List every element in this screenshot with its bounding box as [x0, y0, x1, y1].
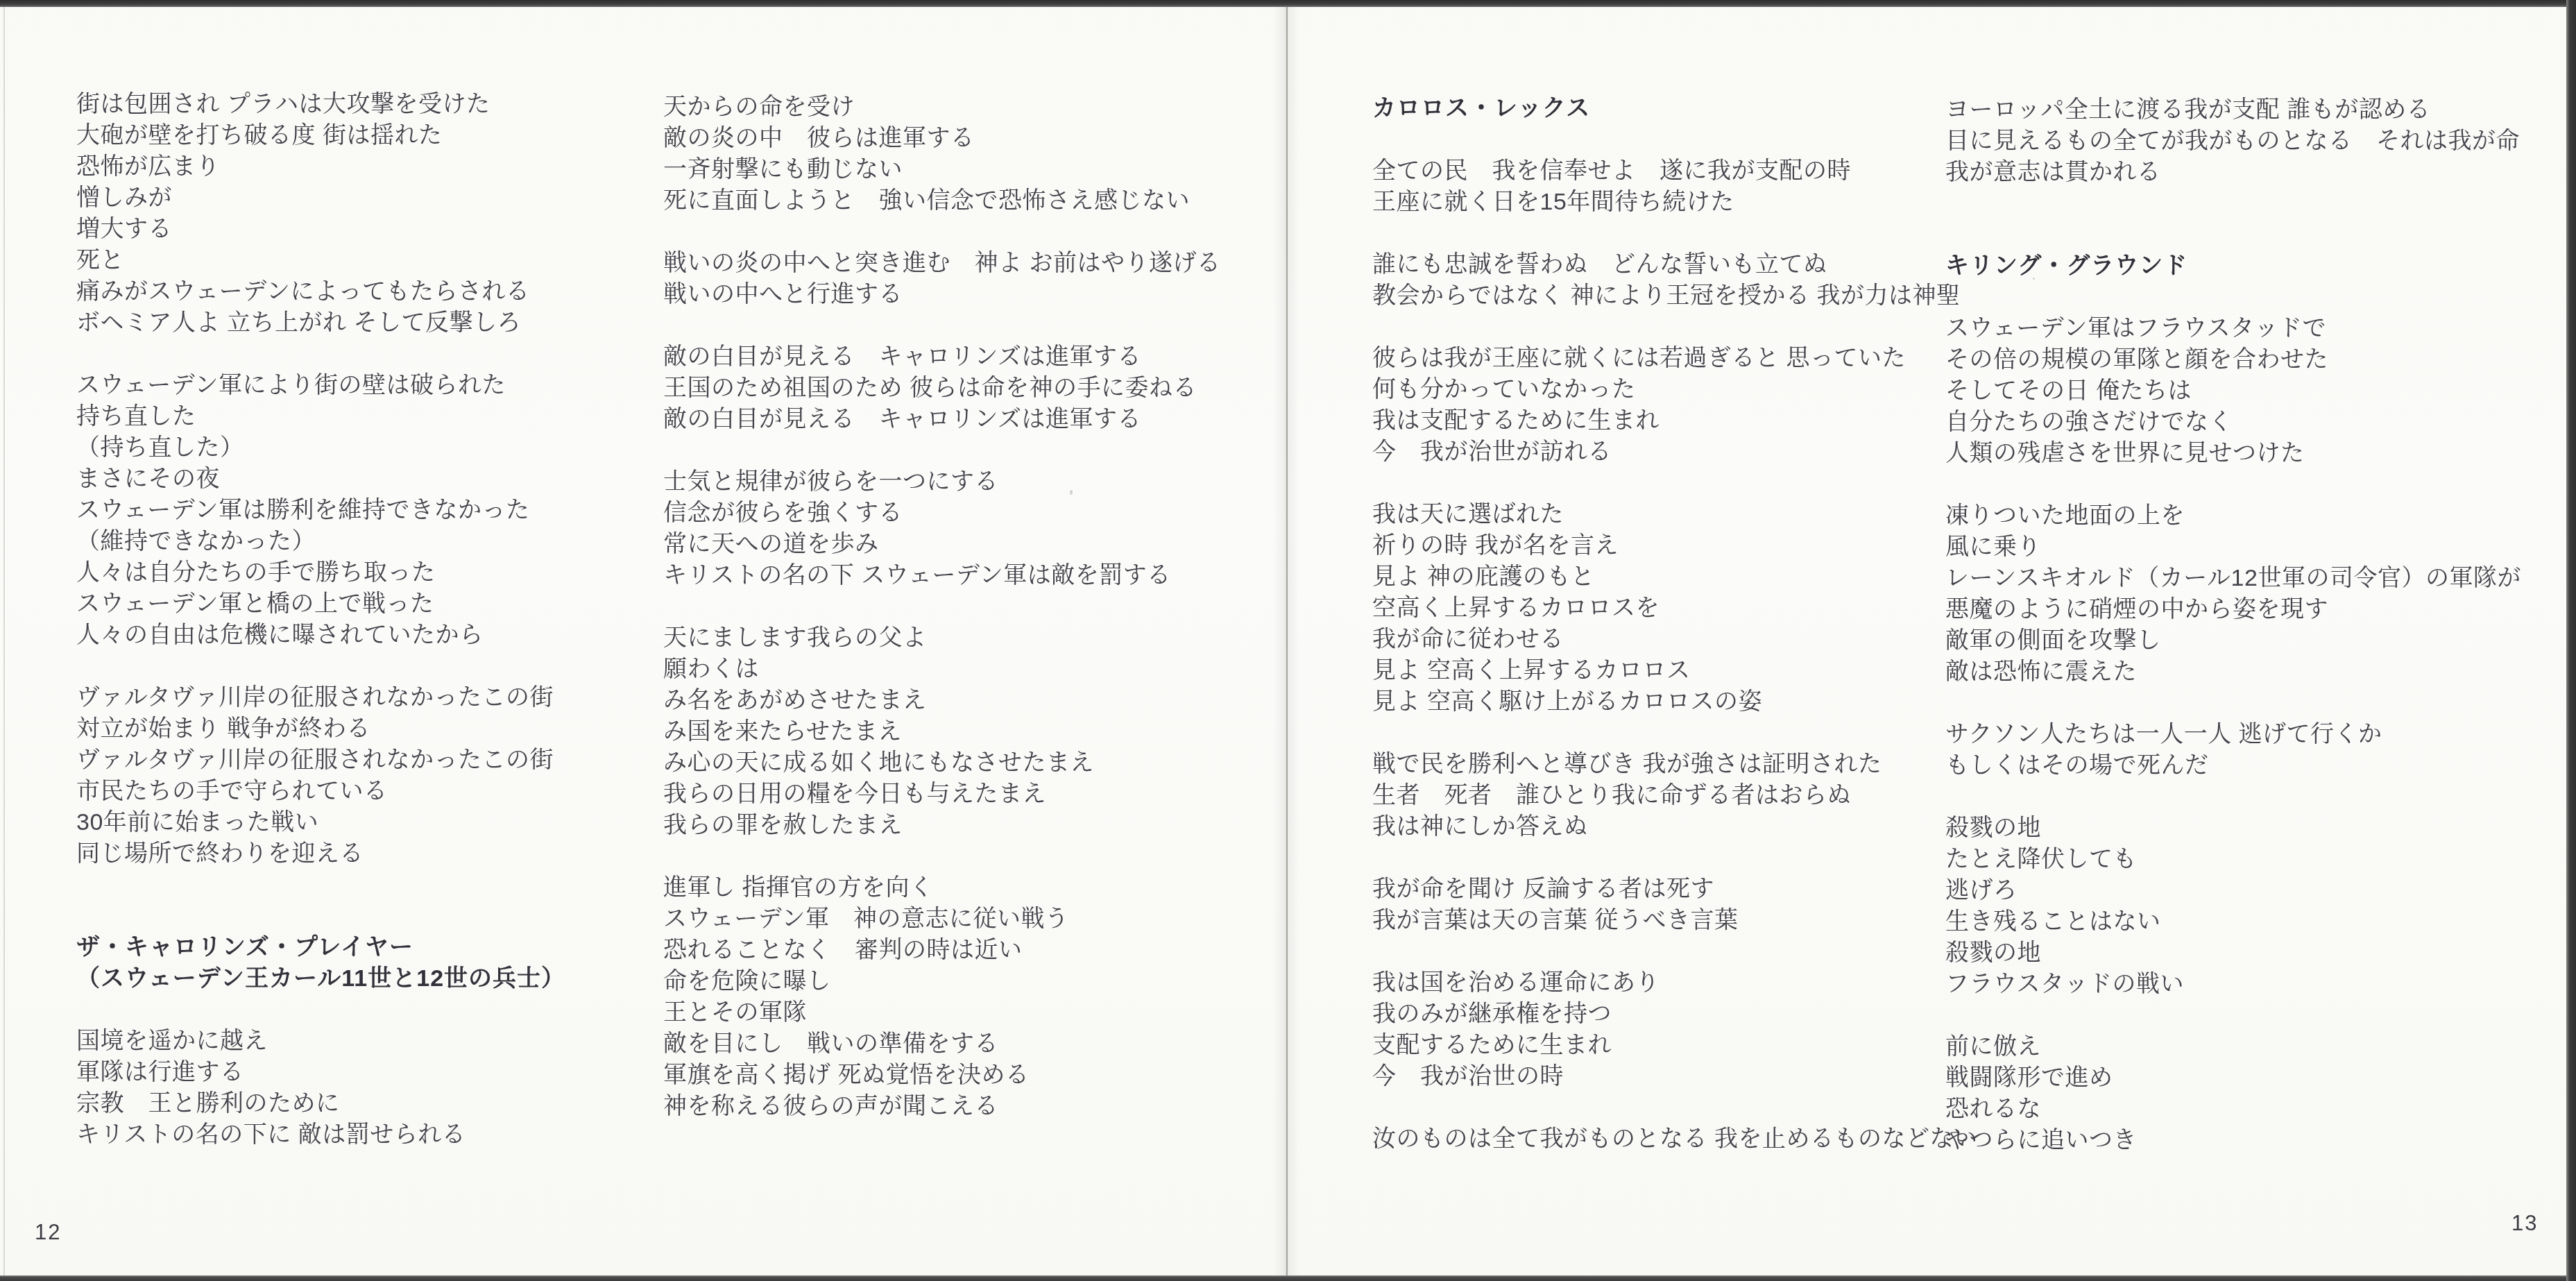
lyric-line: レーンスキオルド（カール12世軍の司令官）の軍隊が: [1945, 563, 2542, 594]
lyric-line: 軍旗を高く掲げ 死ぬ覚悟を決める: [663, 1060, 1260, 1091]
song-title-line: （スウェーデン王カール11世と12世の兵士）: [76, 963, 673, 994]
lyric-line: 軍隊は行進する: [76, 1057, 673, 1088]
lyric-line: 王とその軍隊: [663, 997, 1260, 1028]
lyric-line: 天にまします我らの父よ: [663, 622, 1260, 654]
lyric-line: 痛みがスウェーデンによってもたらされる: [76, 276, 673, 307]
lyric-line: 戦闘隊形で進め: [1945, 1062, 2542, 1094]
song-title-line: ザ・キャロリンズ・プレイヤー: [76, 932, 673, 963]
lyric-line: 天からの命を受け: [663, 92, 1260, 123]
lyric-line: 宗教 王と勝利のために: [76, 1088, 673, 1119]
lyric-line: 常に天への道を歩み: [663, 529, 1260, 560]
lyric-line: 王座に就く日を15年間待ち続けた: [1372, 187, 1969, 218]
scanned-booklet-spread: { "pages": { "left": { "number": "12" },…: [0, 0, 2576, 1281]
lyric-line: 祈りの時 我が名を言え: [1372, 530, 1969, 561]
lyric-line: 前に倣え: [1945, 1031, 2542, 1062]
lyric-line: （維持できなかった）: [76, 526, 673, 557]
lyric-line: 教会からではなく 神により王冠を授かる 我が力は神聖: [1372, 280, 1969, 312]
lyric-line: そしてその日 俺たちは: [1945, 375, 2542, 407]
lyric-line: み名をあがめさせたまえ: [663, 685, 1260, 716]
lyric-line: 我が意志は貫かれる: [1945, 157, 2542, 188]
lyric-line: フラウスタッドの戦い: [1945, 969, 2542, 1000]
lyric-stanza: 戦いの炎の中へと突き進む 神よ お前はやり遂げる戦いの中へと行進する: [663, 248, 1260, 310]
lyric-line: 敵は恐怖に震えた: [1945, 656, 2542, 688]
lyric-line: 人々の自由は危機に曝されていたから: [76, 620, 673, 651]
lyric-line: 進軍し 指揮官の方を向く: [663, 872, 1260, 904]
lyrics-column-1: 街は包囲され プラハは大攻撃を受けた大砲が壁を打ち破る度 街は揺れた恐怖が広まり…: [76, 89, 673, 1182]
lyric-line: 我が命に従わせる: [1372, 624, 1969, 655]
lyric-line: 一斉射撃にも動じない: [663, 154, 1260, 185]
lyric-line: キリストの名の下 スウェーデン軍は敵を罰する: [663, 560, 1260, 591]
lyric-stanza: 国境を遥かに越え軍隊は行進する宗教 王と勝利のためにキリストの名の下に 敵は罰せ…: [76, 1026, 673, 1151]
lyric-line: 殺戮の地: [1945, 813, 2542, 844]
lyric-line: 戦いの中へと行進する: [663, 279, 1260, 310]
lyric-stanza: 誰にも忠誠を誓わぬ どんな誓いも立てぬ教会からではなく 神により王冠を授かる 我…: [1372, 249, 1969, 312]
lyric-line: ヨーロッパ全土に渡る我が支配 誰もが認める: [1945, 94, 2542, 126]
lyric-line: 見よ 空高く駆け上がるカロロスの姿: [1372, 686, 1969, 718]
lyric-line: 空高く上昇するカロロスを: [1372, 593, 1969, 624]
lyric-line: 生者 死者 誰ひとり我に命ずる者はおらぬ: [1372, 780, 1969, 811]
lyric-line: その倍の規模の軍隊と顔を合わせた: [1945, 344, 2542, 375]
lyric-line: 汝のものは全て我がものとなる 我を止めるものなどない: [1372, 1123, 1969, 1155]
lyric-line: 命を危険に曝し: [663, 966, 1260, 997]
lyric-line: 生き残ることはない: [1945, 906, 2542, 938]
scan-edge-right: [2566, 0, 2576, 1281]
lyric-line: 人類の残虐さを世界に見せつけた: [1945, 438, 2542, 469]
lyric-line: （持ち直した）: [76, 432, 673, 464]
lyric-line: 戦いの炎の中へと突き進む 神よ お前はやり遂げる: [663, 248, 1260, 279]
page-number-left: 12: [35, 1220, 61, 1245]
lyric-stanza: スウェーデン軍により街の壁は破られた持ち直した（持ち直した）まさにその夜スウェー…: [76, 370, 673, 651]
lyric-line: 士気と規律が彼らを一つにする: [663, 466, 1260, 498]
lyric-line: 今 我が治世が訪れる: [1372, 436, 1969, 468]
lyric-stanza: 進軍し 指揮官の方を向くスウェーデン軍 神の意志に従い戦う恐れることなく 審判の…: [663, 872, 1260, 1122]
lyric-line: 敵を目にし 戦いの準備をする: [663, 1028, 1260, 1060]
lyric-line: ヴァルタヴァ川岸の征服されなかったこの街: [76, 745, 673, 776]
lyric-line: 敵の炎の中 彼らは進軍する: [663, 123, 1260, 154]
lyric-stanza: ヨーロッパ全土に渡る我が支配 誰もが認める目に見えるもの全てが我がものとなる そ…: [1945, 94, 2542, 188]
lyric-line: やつらに追いつき: [1945, 1125, 2542, 1156]
lyric-line: 敵の白目が見える キャロリンズは進軍する: [663, 404, 1260, 435]
song-title-block: カロロス・レックス: [1372, 93, 1969, 124]
lyric-stanza: 天にまします我らの父よ願わくはみ名をあがめさせたまえみ国を来たらせたまえみ心の天…: [663, 622, 1260, 841]
lyric-stanza: 敵の白目が見える キャロリンズは進軍する王国のため祖国のため 彼らは命を神の手に…: [663, 341, 1260, 435]
booklet-fold-line: [1286, 7, 1288, 1275]
lyric-line: 同じ場所で終わりを迎える: [76, 838, 673, 869]
lyric-line: 死と: [76, 245, 673, 276]
lyric-line: 彼らは我が王座に就くには若過ぎると 思っていた: [1372, 343, 1969, 374]
lyric-line: 我のみが継承権を持つ: [1372, 999, 1969, 1030]
lyric-stanza: 我が命を聞け 反論する者は死す我が言葉は天の言葉 従うべき言葉: [1372, 874, 1969, 936]
lyric-line: もしくはその場で死んだ: [1945, 750, 2542, 781]
lyric-line: 悪魔のように硝煙の中から姿を現す: [1945, 594, 2542, 625]
lyric-line: 憎しみが: [76, 183, 673, 214]
lyrics-column-4: ヨーロッパ全土に渡る我が支配 誰もが認める目に見えるもの全てが我がものとなる そ…: [1945, 94, 2542, 1187]
lyric-line: 何も分かっていなかった: [1372, 374, 1969, 405]
scan-speck: [2033, 278, 2035, 280]
lyric-stanza: 彼らは我が王座に就くには若過ぎると 思っていた何も分かっていなかった我は支配する…: [1372, 343, 1969, 468]
lyric-line: 我が言葉は天の言葉 従うべき言葉: [1372, 905, 1969, 936]
lyric-stanza: 凍りついた地面の上を風に乗りレーンスキオルド（カール12世軍の司令官）の軍隊が悪…: [1945, 500, 2542, 688]
lyric-line: 我は神にしか答えぬ: [1372, 811, 1969, 842]
scan-edge-bottom: [0, 1275, 2576, 1281]
lyric-line: スウェーデン軍 神の意志に従い戦う: [663, 904, 1260, 935]
lyric-line: 持ち直した: [76, 401, 673, 432]
lyric-stanza: スウェーデン軍はフラウスタッドでその倍の規模の軍隊と顔を合わせたそしてその日 俺…: [1945, 313, 2542, 469]
lyric-line: 王国のため祖国のため 彼らは命を神の手に委ねる: [663, 373, 1260, 404]
lyric-line: サクソン人たちは一人一人 逃げて行くか: [1945, 719, 2542, 750]
lyric-line: 目に見えるもの全てが我がものとなる それは我が命: [1945, 126, 2542, 157]
lyric-line: 見よ 神の庇護のもと: [1372, 561, 1969, 593]
lyric-line: 我が命を聞け 反論する者は死す: [1372, 874, 1969, 905]
lyric-line: 神を称える彼らの声が聞こえる: [663, 1091, 1260, 1122]
lyric-line: 信念が彼らを強くする: [663, 498, 1260, 529]
lyric-stanza: サクソン人たちは一人一人 逃げて行くかもしくはその場で死んだ: [1945, 719, 2542, 781]
song-title-block: キリング・グラウンド: [1945, 251, 2542, 282]
lyric-stanza: 戦で民を勝利へと導びき 我が強さは証明された生者 死者 誰ひとり我に命ずる者はお…: [1372, 749, 1969, 842]
lyric-line: 我は国を治める運命にあり: [1372, 967, 1969, 999]
lyric-line: スウェーデン軍と橋の上で戦った: [76, 588, 673, 620]
lyric-line: 自分たちの強さだけでなく: [1945, 407, 2542, 438]
lyric-line: スウェーデン軍は勝利を維持できなかった: [76, 495, 673, 526]
lyric-stanza: 士気と規律が彼らを一つにする信念が彼らを強くする常に天への道を歩みキリストの名の…: [663, 466, 1260, 591]
lyric-stanza: 殺戮の地たとえ降伏しても逃げろ生き残ることはない殺戮の地フラウスタッドの戦い: [1945, 813, 2542, 1000]
lyric-stanza: 我は国を治める運命にあり我のみが継承権を持つ支配するために生まれ今 我が治世の時: [1372, 967, 1969, 1092]
lyric-line: 我らの罪を赦したまえ: [663, 810, 1260, 841]
scan-edge-left-line: [3, 7, 5, 1275]
lyric-stanza: 街は包囲され プラハは大攻撃を受けた大砲が壁を打ち破る度 街は揺れた恐怖が広まり…: [76, 89, 673, 339]
scan-speck: [1070, 490, 1073, 495]
scan-edge-top: [0, 0, 2576, 7]
lyric-line: 誰にも忠誠を誓わぬ どんな誓いも立てぬ: [1372, 249, 1969, 280]
lyric-stanza: 天からの命を受け敵の炎の中 彼らは進軍する一斉射撃にも動じない死に直面しようと …: [663, 92, 1260, 217]
lyric-line: 我は天に選ばれた: [1372, 499, 1969, 530]
lyric-line: み国を来たらせたまえ: [663, 716, 1260, 747]
lyric-line: 戦で民を勝利へと導びき 我が強さは証明された: [1372, 749, 1969, 780]
lyrics-column-2: 天からの命を受け敵の炎の中 彼らは進軍する一斉射撃にも動じない死に直面しようと …: [663, 92, 1260, 1153]
lyric-stanza: 前に倣え戦闘隊形で進め恐れるなやつらに追いつき: [1945, 1031, 2542, 1156]
lyric-line: 死に直面しようと 強い信念で恐怖さえ感じない: [663, 185, 1260, 217]
lyric-line: 対立が始まり 戦争が終わる: [76, 713, 673, 745]
lyric-line: 我は支配するために生まれ: [1372, 405, 1969, 436]
lyric-line: 凍りついた地面の上を: [1945, 500, 2542, 532]
lyric-line: 願わくは: [663, 654, 1260, 685]
lyric-line: 30年前に始まった戦い: [76, 807, 673, 838]
lyric-line: スウェーデン軍により街の壁は破られた: [76, 370, 673, 401]
song-title-line: カロロス・レックス: [1372, 93, 1969, 124]
lyric-line: 支配するために生まれ: [1372, 1030, 1969, 1061]
lyric-line: 人々は自分たちの手で勝ち取った: [76, 557, 673, 588]
lyrics-column-3: カロロス・レックス全ての民 我を信奉せよ 遂に我が支配の時王座に就く日を15年間…: [1372, 93, 1969, 1186]
lyric-line: 恐れるな: [1945, 1094, 2542, 1125]
lyric-line: 風に乗り: [1945, 532, 2542, 563]
lyric-line: 恐怖が広まり: [76, 151, 673, 183]
lyric-line: 恐れることなく 審判の時は近い: [663, 935, 1260, 966]
lyric-line: スウェーデン軍はフラウスタッドで: [1945, 313, 2542, 344]
lyric-line: 国境を遥かに越え: [76, 1026, 673, 1057]
lyric-line: 逃げろ: [1945, 875, 2542, 906]
lyric-line: ヴァルタヴァ川岸の征服されなかったこの街: [76, 682, 673, 713]
lyric-line: キリストの名の下に 敵は罰せられる: [76, 1119, 673, 1151]
lyric-stanza: 全ての民 我を信奉せよ 遂に我が支配の時王座に就く日を15年間待ち続けた: [1372, 155, 1969, 218]
page-number-right: 13: [2511, 1211, 2538, 1236]
lyric-line: 市民たちの手で守られている: [76, 776, 673, 807]
lyric-line: まさにその夜: [76, 464, 673, 495]
song-title-line: キリング・グラウンド: [1945, 251, 2542, 282]
lyric-stanza: 我は天に選ばれた祈りの時 我が名を言え見よ 神の庇護のもと空高く上昇するカロロス…: [1372, 499, 1969, 718]
lyric-line: み心の天に成る如く地にもなさせたまえ: [663, 747, 1260, 779]
lyric-line: 全ての民 我を信奉せよ 遂に我が支配の時: [1372, 155, 1969, 187]
lyric-line: 街は包囲され プラハは大攻撃を受けた: [76, 89, 673, 120]
lyric-line: 敵の白目が見える キャロリンズは進軍する: [663, 341, 1260, 373]
lyric-line: 今 我が治世の時: [1372, 1061, 1969, 1092]
lyric-line: 見よ 空高く上昇するカロロス: [1372, 655, 1969, 686]
lyric-line: たとえ降伏しても: [1945, 844, 2542, 875]
lyric-line: ボヘミア人よ 立ち上がれ そして反撃しろ: [76, 307, 673, 339]
song-title-block: ザ・キャロリンズ・プレイヤー（スウェーデン王カール11世と12世の兵士）: [76, 932, 673, 994]
lyric-stanza: 汝のものは全て我がものとなる 我を止めるものなどない: [1372, 1123, 1969, 1155]
lyric-line: 敵軍の側面を攻撃し: [1945, 625, 2542, 656]
lyric-line: 殺戮の地: [1945, 938, 2542, 969]
lyric-line: 大砲が壁を打ち破る度 街は揺れた: [76, 120, 673, 151]
lyric-line: 増大する: [76, 214, 673, 245]
lyric-stanza: ヴァルタヴァ川岸の征服されなかったこの街対立が始まり 戦争が終わるヴァルタヴァ川…: [76, 682, 673, 869]
lyric-line: 我らの日用の糧を今日も与えたまえ: [663, 779, 1260, 810]
